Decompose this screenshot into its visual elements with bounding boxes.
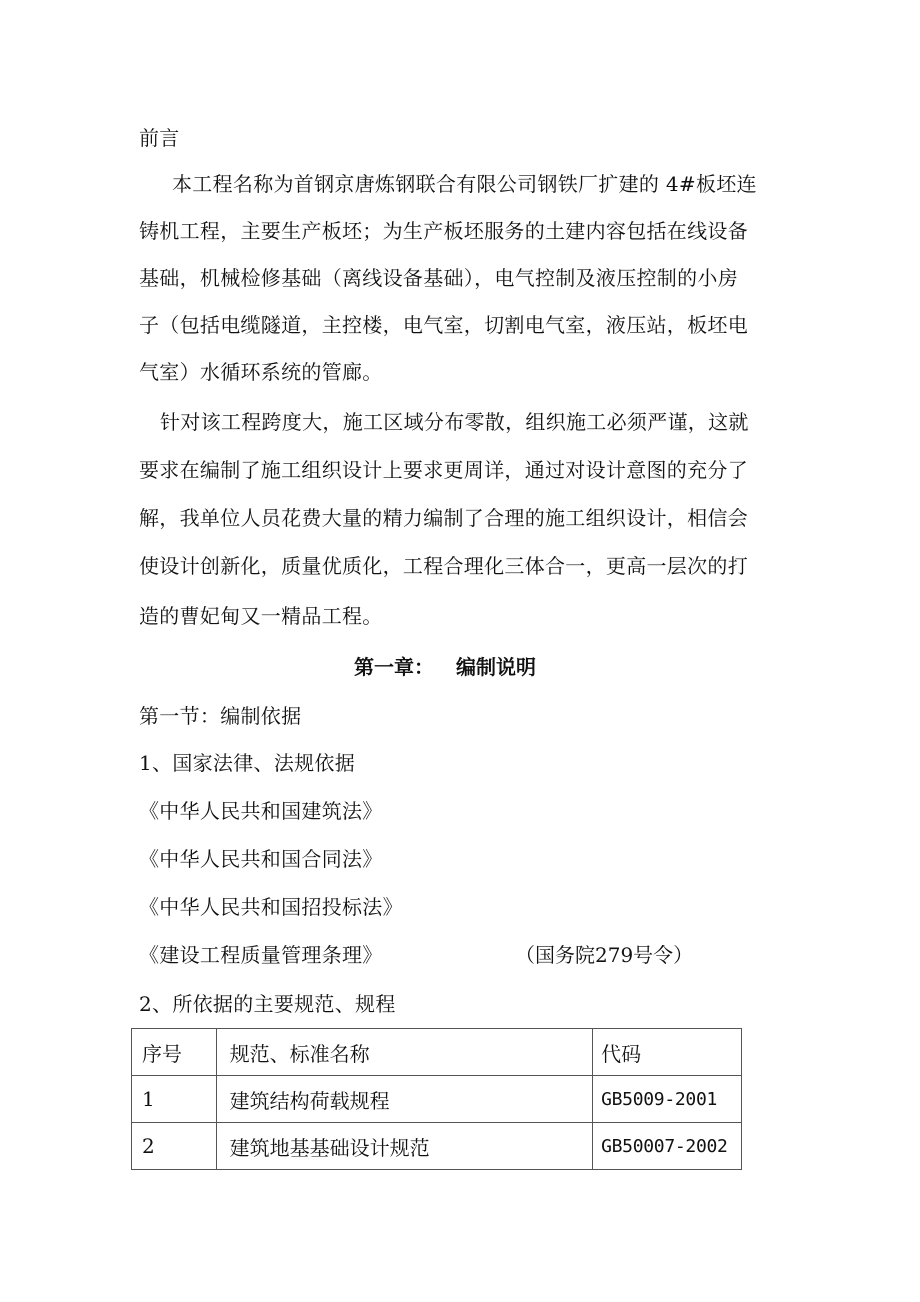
law-contract: 《中华人民共和国合同法》 <box>139 847 383 871</box>
header-name: 规范、标准名称 <box>216 1029 592 1076</box>
specs-table: 序号 规范、标准名称 代码 1 建筑结构荷载规程 GB5009-2001 2 建… <box>131 1028 742 1170</box>
preface-paragraph2-line2: 要求在编制了施工组织设计上要求更周详，通过对设计意图的充分了 <box>139 458 748 482</box>
preface-paragraph1-line1: 本工程名称为首钢京唐炼钢联合有限公司钢铁厂扩建的 4#板坯连 <box>172 172 757 196</box>
cell-index: 2 <box>132 1123 217 1170</box>
preface-paragraph2-line4: 使设计创新化，质量优质化，工程合理化三体合一，更高一层次的打 <box>139 554 748 578</box>
cell-code: GB50007-2002 <box>593 1123 742 1170</box>
table-header-row: 序号 规范、标准名称 代码 <box>132 1029 742 1076</box>
preface-paragraph1-line4: 子（包括电缆隧道，主控楼，电气室，切割电气室，液压站，板坯电 <box>139 313 748 337</box>
law-quality-regulation: 《建设工程质量管理条理》 <box>139 943 383 967</box>
header-code: 代码 <box>593 1029 742 1076</box>
item1-title: 1、国家法律、法规依据 <box>139 751 355 775</box>
chapter-title: 编制说明 <box>456 655 536 679</box>
preface-paragraph1-line2: 铸机工程，主要生产板坯；为生产板坯服务的土建内容包括在线设备 <box>139 219 748 243</box>
cell-code: GB5009-2001 <box>593 1076 742 1123</box>
preface-title: 前言 <box>139 126 180 150</box>
preface-paragraph1-line3: 基础，机械检修基础（离线设备基础），电气控制及液压控制的小房 <box>139 266 738 290</box>
decree-note: （国务院279号令） <box>515 943 693 967</box>
chapter-label: 第一章： <box>354 655 434 679</box>
cell-name: 建筑地基基础设计规范 <box>216 1123 592 1170</box>
item2-title: 2、所依据的主要规范、规程 <box>139 992 396 1016</box>
preface-paragraph2-line3: 解，我单位人员花费大量的精力编制了合理的施工组织设计，相信会 <box>139 506 748 530</box>
preface-paragraph2-line1: 针对该工程跨度大，施工区域分布零散，组织施工必须严谨，这就 <box>160 410 749 434</box>
table-row: 2 建筑地基基础设计规范 GB50007-2002 <box>132 1123 742 1170</box>
cell-index: 1 <box>132 1076 217 1123</box>
law-bidding: 《中华人民共和国招投标法》 <box>139 895 403 919</box>
chapter-heading: 第一章：编制说明 <box>0 655 890 679</box>
header-index: 序号 <box>132 1029 217 1076</box>
law-building: 《中华人民共和国建筑法》 <box>139 799 383 823</box>
document-page: 前言 本工程名称为首钢京唐炼钢联合有限公司钢铁厂扩建的 4#板坯连 铸机工程，主… <box>0 0 920 1302</box>
table-row: 1 建筑结构荷载规程 GB5009-2001 <box>132 1076 742 1123</box>
preface-paragraph1-line5: 气室）水循环系统的管廊。 <box>139 360 383 384</box>
cell-name: 建筑结构荷载规程 <box>216 1076 592 1123</box>
section-title: 第一节：编制依据 <box>139 704 301 728</box>
preface-paragraph2-line5: 造的曹妃甸又一精品工程。 <box>139 604 383 628</box>
